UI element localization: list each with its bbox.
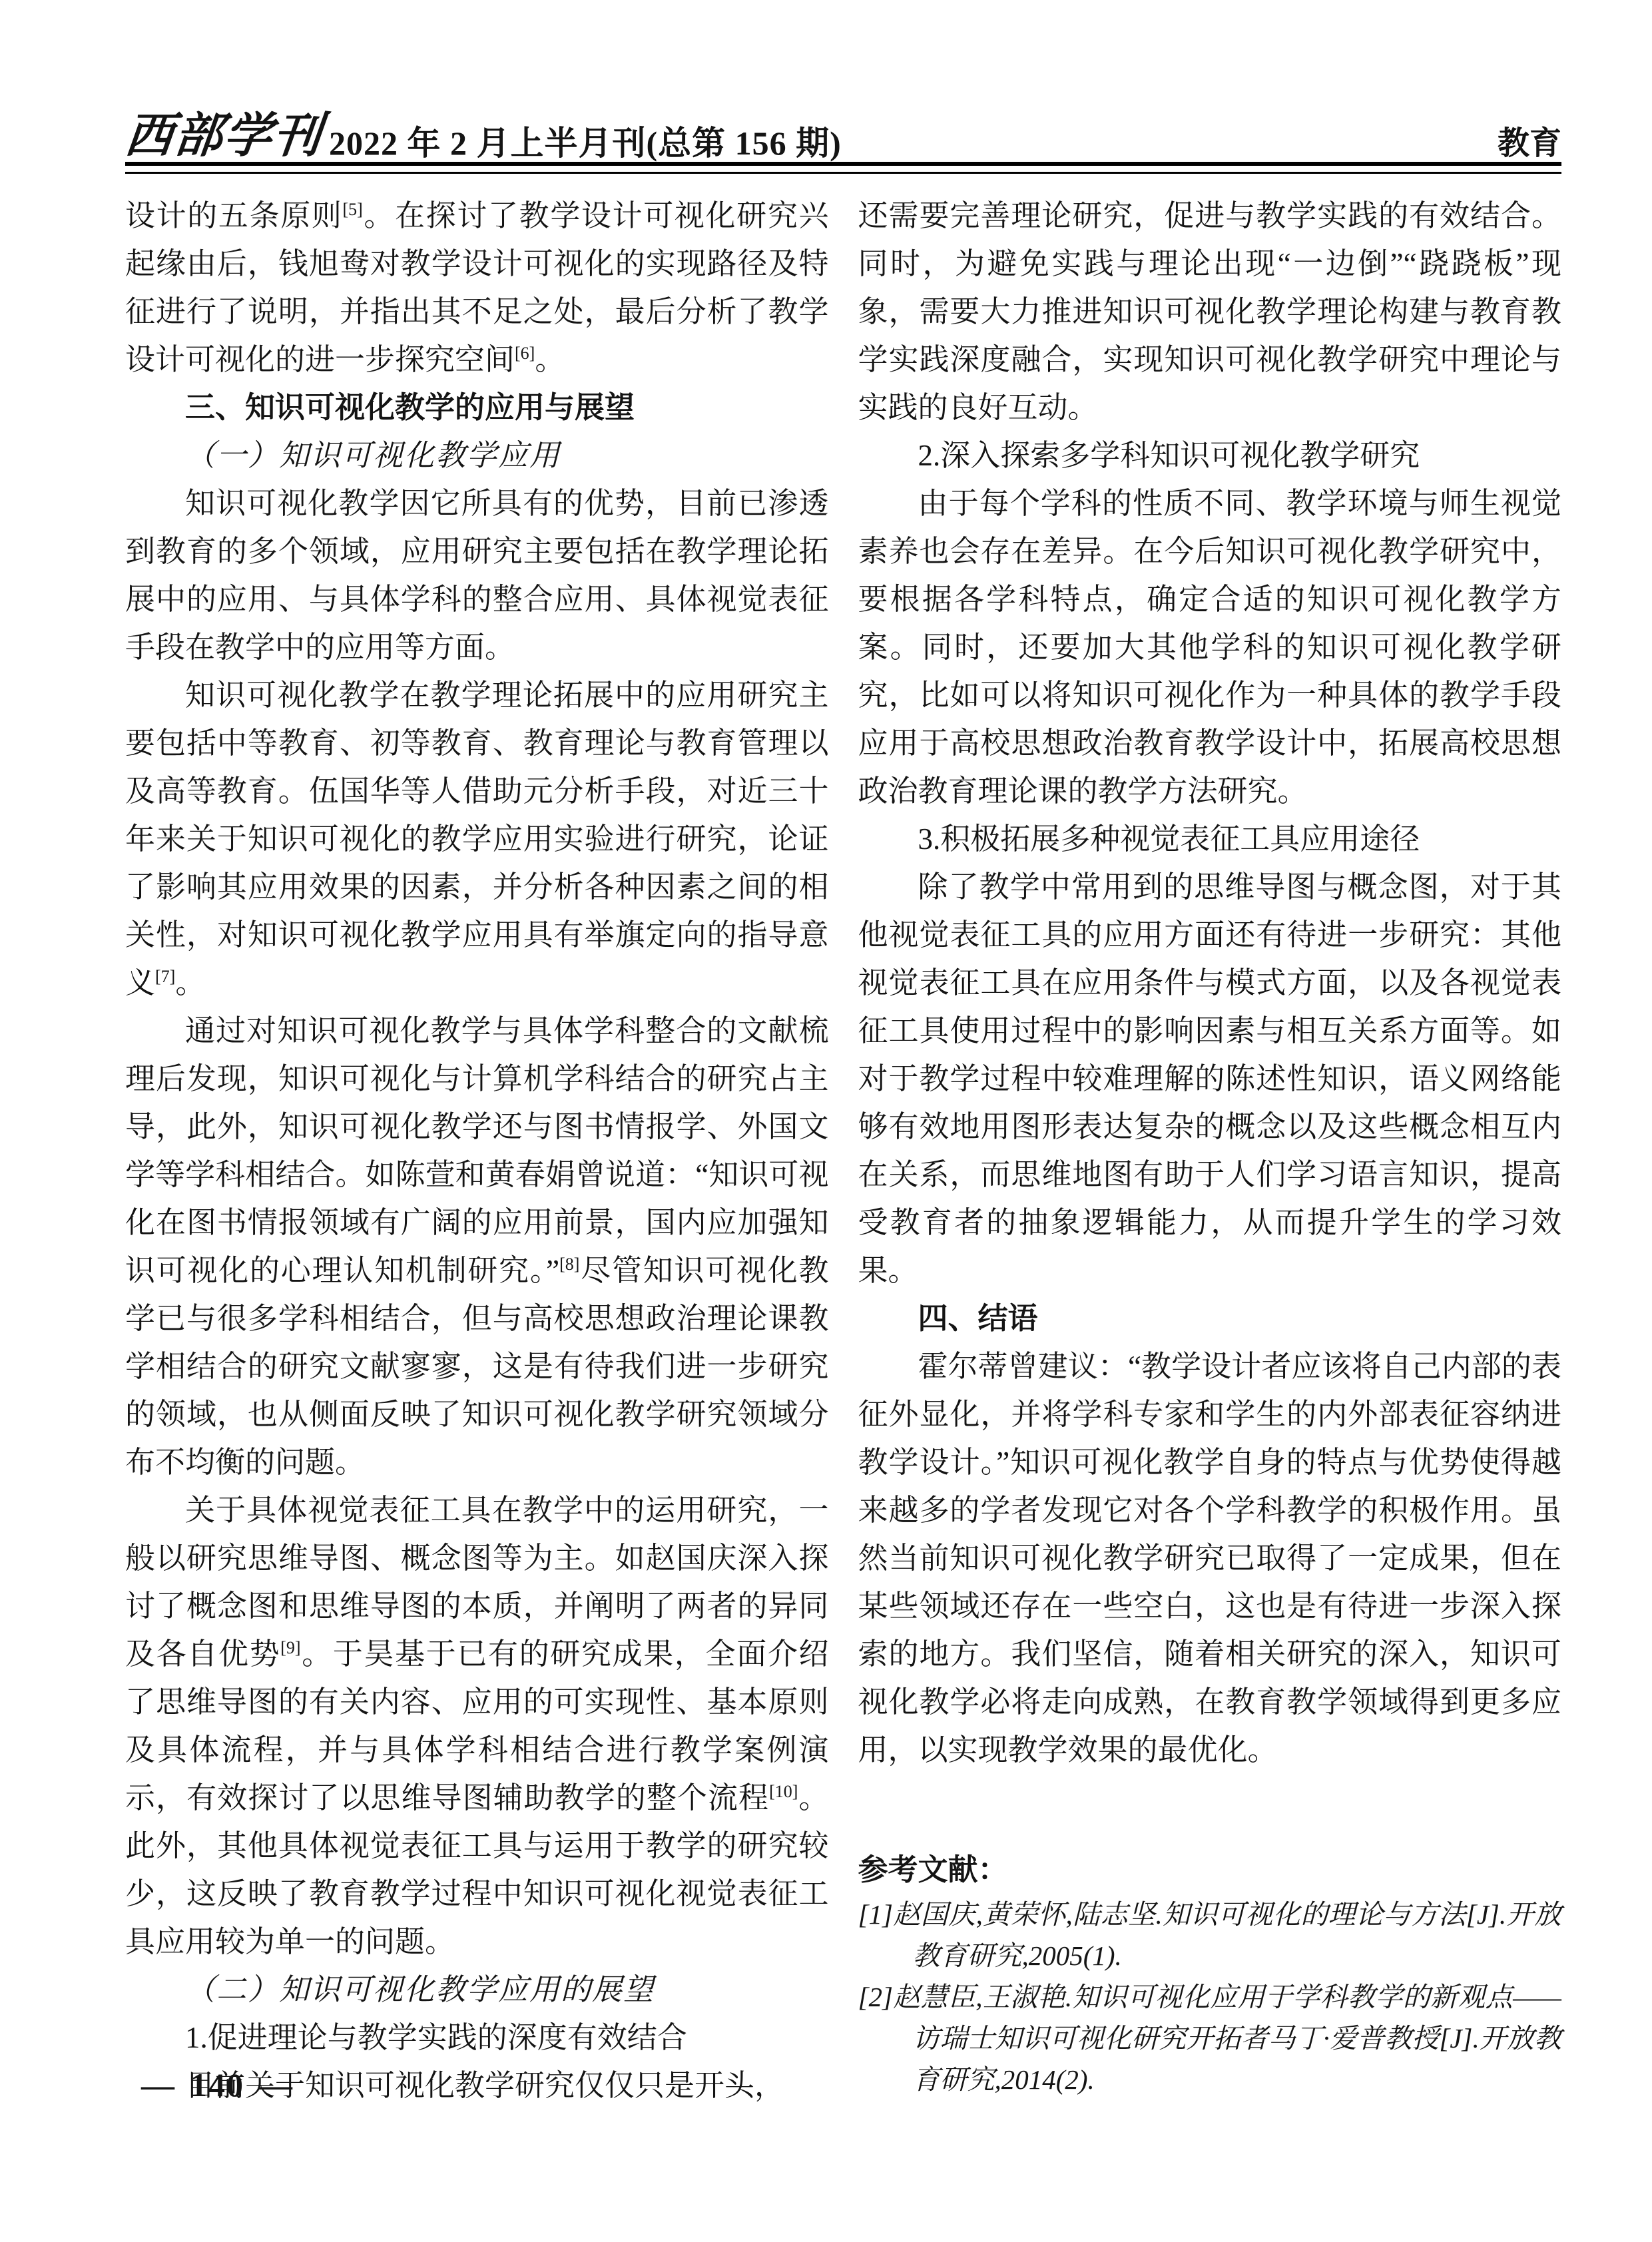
section-heading: 四、结语	[858, 1294, 1562, 1342]
references-heading: 参考文献：	[858, 1846, 1562, 1894]
reference-item: [1]赵国庆,黄荣怀,陆志坚.知识可视化的理论与方法[J].开放教育研究,200…	[858, 1894, 1562, 1976]
section-heading: 三、知识可视化教学的应用与展望	[125, 384, 829, 431]
page-number-dash-left: —	[141, 2068, 176, 2102]
article-body: 设计的五条原则[5]。在探讨了教学设计可视化研究兴起缘由后，钱旭鸯对教学设计可视…	[125, 192, 1561, 2109]
paragraph-continuation: 还需要完善理论研究，促进与教学实践的有效结合。同时，为避免实践与理论出现“一边倒…	[858, 192, 1562, 431]
subsection-heading: （一）知识可视化教学应用	[125, 431, 829, 479]
citation-marker: [5]	[343, 200, 363, 219]
header-rule	[125, 162, 1561, 174]
sub-subsection-heading: 3.积极拓展多种视觉表征工具应用途径	[858, 815, 1562, 863]
paragraph: 霍尔蒂曾建议：“教学设计者应该将自己内部的表征外显化，并将学科专家和学生的内外部…	[858, 1342, 1562, 1774]
paragraph: 知识可视化教学在教学理论拓展中的应用研究主要包括中等教育、初等教育、教育理论与教…	[125, 671, 829, 1007]
sub-subsection-heading: 1.促进理论与教学实践的深度有效结合	[125, 2014, 829, 2062]
paragraph: 通过对知识可视化教学与具体学科整合的文献梳理后发现，知识可视化与计算机学科结合的…	[125, 1007, 829, 1486]
page-footer: — 140 —	[141, 2068, 294, 2102]
subsection-heading: （二）知识可视化教学应用的展望	[125, 1966, 829, 2014]
sub-subsection-heading: 2.深入探索多学科知识可视化教学研究	[858, 431, 1562, 479]
section-label: 教育	[1498, 128, 1561, 160]
left-column: 设计的五条原则[5]。在探讨了教学设计可视化研究兴起缘由后，钱旭鸯对教学设计可视…	[125, 192, 829, 2109]
page-number: 140	[190, 2068, 244, 2102]
reference-item: [2]赵慧臣,王淑艳.知识可视化应用于学科教学的新观点——访瑞士知识可视化研究开…	[858, 1976, 1562, 2100]
citation-marker: [10]	[769, 1782, 798, 1801]
journal-logo: 西部学刊	[123, 112, 325, 160]
paragraph: 关于具体视觉表征工具在教学中的运用研究，一般以研究思维导图、概念图等为主。如赵国…	[125, 1486, 829, 1966]
citation-marker: [8]	[559, 1255, 579, 1274]
citation-marker: [9]	[280, 1638, 300, 1657]
paragraph: 知识可视化教学因它所具有的优势，目前已渗透到教育的多个领域，应用研究主要包括在教…	[125, 479, 829, 671]
journal-page: 西部学刊 2022 年 2 月上半月刊(总第 156 期) 教育 设计的五条原则…	[0, 0, 1652, 2242]
citation-marker: [7]	[155, 967, 175, 986]
citation-marker: [6]	[515, 344, 535, 363]
right-column: 还需要完善理论研究，促进与教学实践的有效结合。同时，为避免实践与理论出现“一边倒…	[858, 192, 1562, 2109]
journal-brand: 西部学刊 2022 年 2 月上半月刊(总第 156 期)	[125, 112, 842, 160]
paragraph: 除了教学中常用到的思维导图与概念图，对于其他视觉表征工具的应用方面还有待进一步研…	[858, 863, 1562, 1294]
paragraph: 由于每个学科的性质不同、教学环境与师生视觉素养也会存在差异。在今后知识可视化教学…	[858, 479, 1562, 815]
page-header: 西部学刊 2022 年 2 月上半月刊(总第 156 期) 教育	[125, 99, 1561, 160]
paragraph-continuation: 设计的五条原则[5]。在探讨了教学设计可视化研究兴起缘由后，钱旭鸯对教学设计可视…	[125, 192, 829, 384]
page-number-dash-right: —	[259, 2068, 294, 2102]
issue-info: 2022 年 2 月上半月刊(总第 156 期)	[329, 127, 842, 160]
